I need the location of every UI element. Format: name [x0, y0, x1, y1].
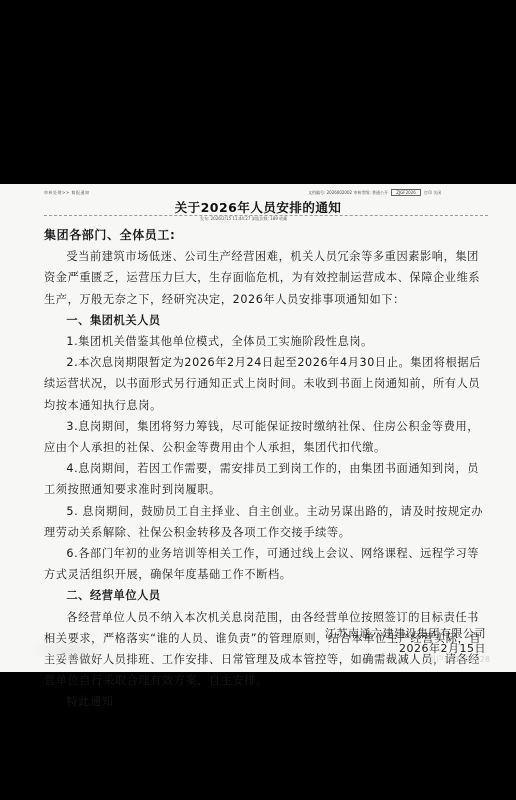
- header-meta-left: 审核处理>> 简报通知: [44, 190, 89, 196]
- doc-number: 文档编号: 2026002002 审核等级: 普通公开: [308, 190, 388, 195]
- section-1-item: 5. 息岗期间，鼓励员工自主择业、自主创业。主动另谋出路的，请及时按规定办理劳动…: [44, 501, 484, 543]
- header-meta-right: 文档编号: 2026002002 审核等级: 普通公开 ZJGF2026 打印 …: [308, 189, 441, 196]
- signature-block: 江苏南通六建建设集团有限公司 2026年2月15日: [325, 626, 486, 656]
- watermark: 用户: 13505328: [428, 654, 490, 665]
- section-1-item: 3.息岗期间，集团将努力筹钱，尽可能保证按时缴纳社保、住房公积金等费用，应由个人…: [44, 416, 484, 458]
- intro-paragraph: 受当前建筑市场低迷、公司生产经营困难，机关人员冗余等多重因素影响，集团资金严重匮…: [44, 246, 484, 310]
- notice-document: 审核处理>> 简报通知 文档编号: 2026002002 审核等级: 普通公开 …: [0, 184, 516, 672]
- section-1-item: 1.集团机关借鉴其他单位模式，全体员工实施阶段性息岗。: [44, 331, 484, 352]
- section-1-item: 2.本次息岗期限暂定为2026年2月24日起至2026年4月30日止。集团将根据…: [44, 352, 484, 416]
- section-1-heading: 一、集团机关人员: [44, 310, 484, 331]
- publish-info: 发布: 2026/2/15 11:44:27 浏览次数: 189 收藏: [200, 216, 287, 222]
- doc-code-box: ZJGF2026: [391, 189, 421, 196]
- section-1-item: 6.各部门年初的业务培训等相关工作，可通过线上会议、网络课程、远程学习等方式灵活…: [44, 543, 484, 585]
- scan-smudge: [30, 636, 110, 666]
- print-close-links[interactable]: 打印 关闭: [424, 190, 441, 195]
- section-2-heading: 二、经营单位人员: [44, 585, 484, 606]
- section-1-item: 4.息岗期间，若因工作需要，需安排员工到岗工作的，由集团书面通知到岗，员工须按照…: [44, 458, 484, 500]
- signature-organization: 江苏南通六建建设集团有限公司: [325, 626, 486, 641]
- salutation: 集团各部门、全体员工:: [44, 225, 484, 246]
- document-title: 关于2026年人员安排的通知: [0, 198, 516, 216]
- closing-line: 特此通知: [44, 691, 484, 712]
